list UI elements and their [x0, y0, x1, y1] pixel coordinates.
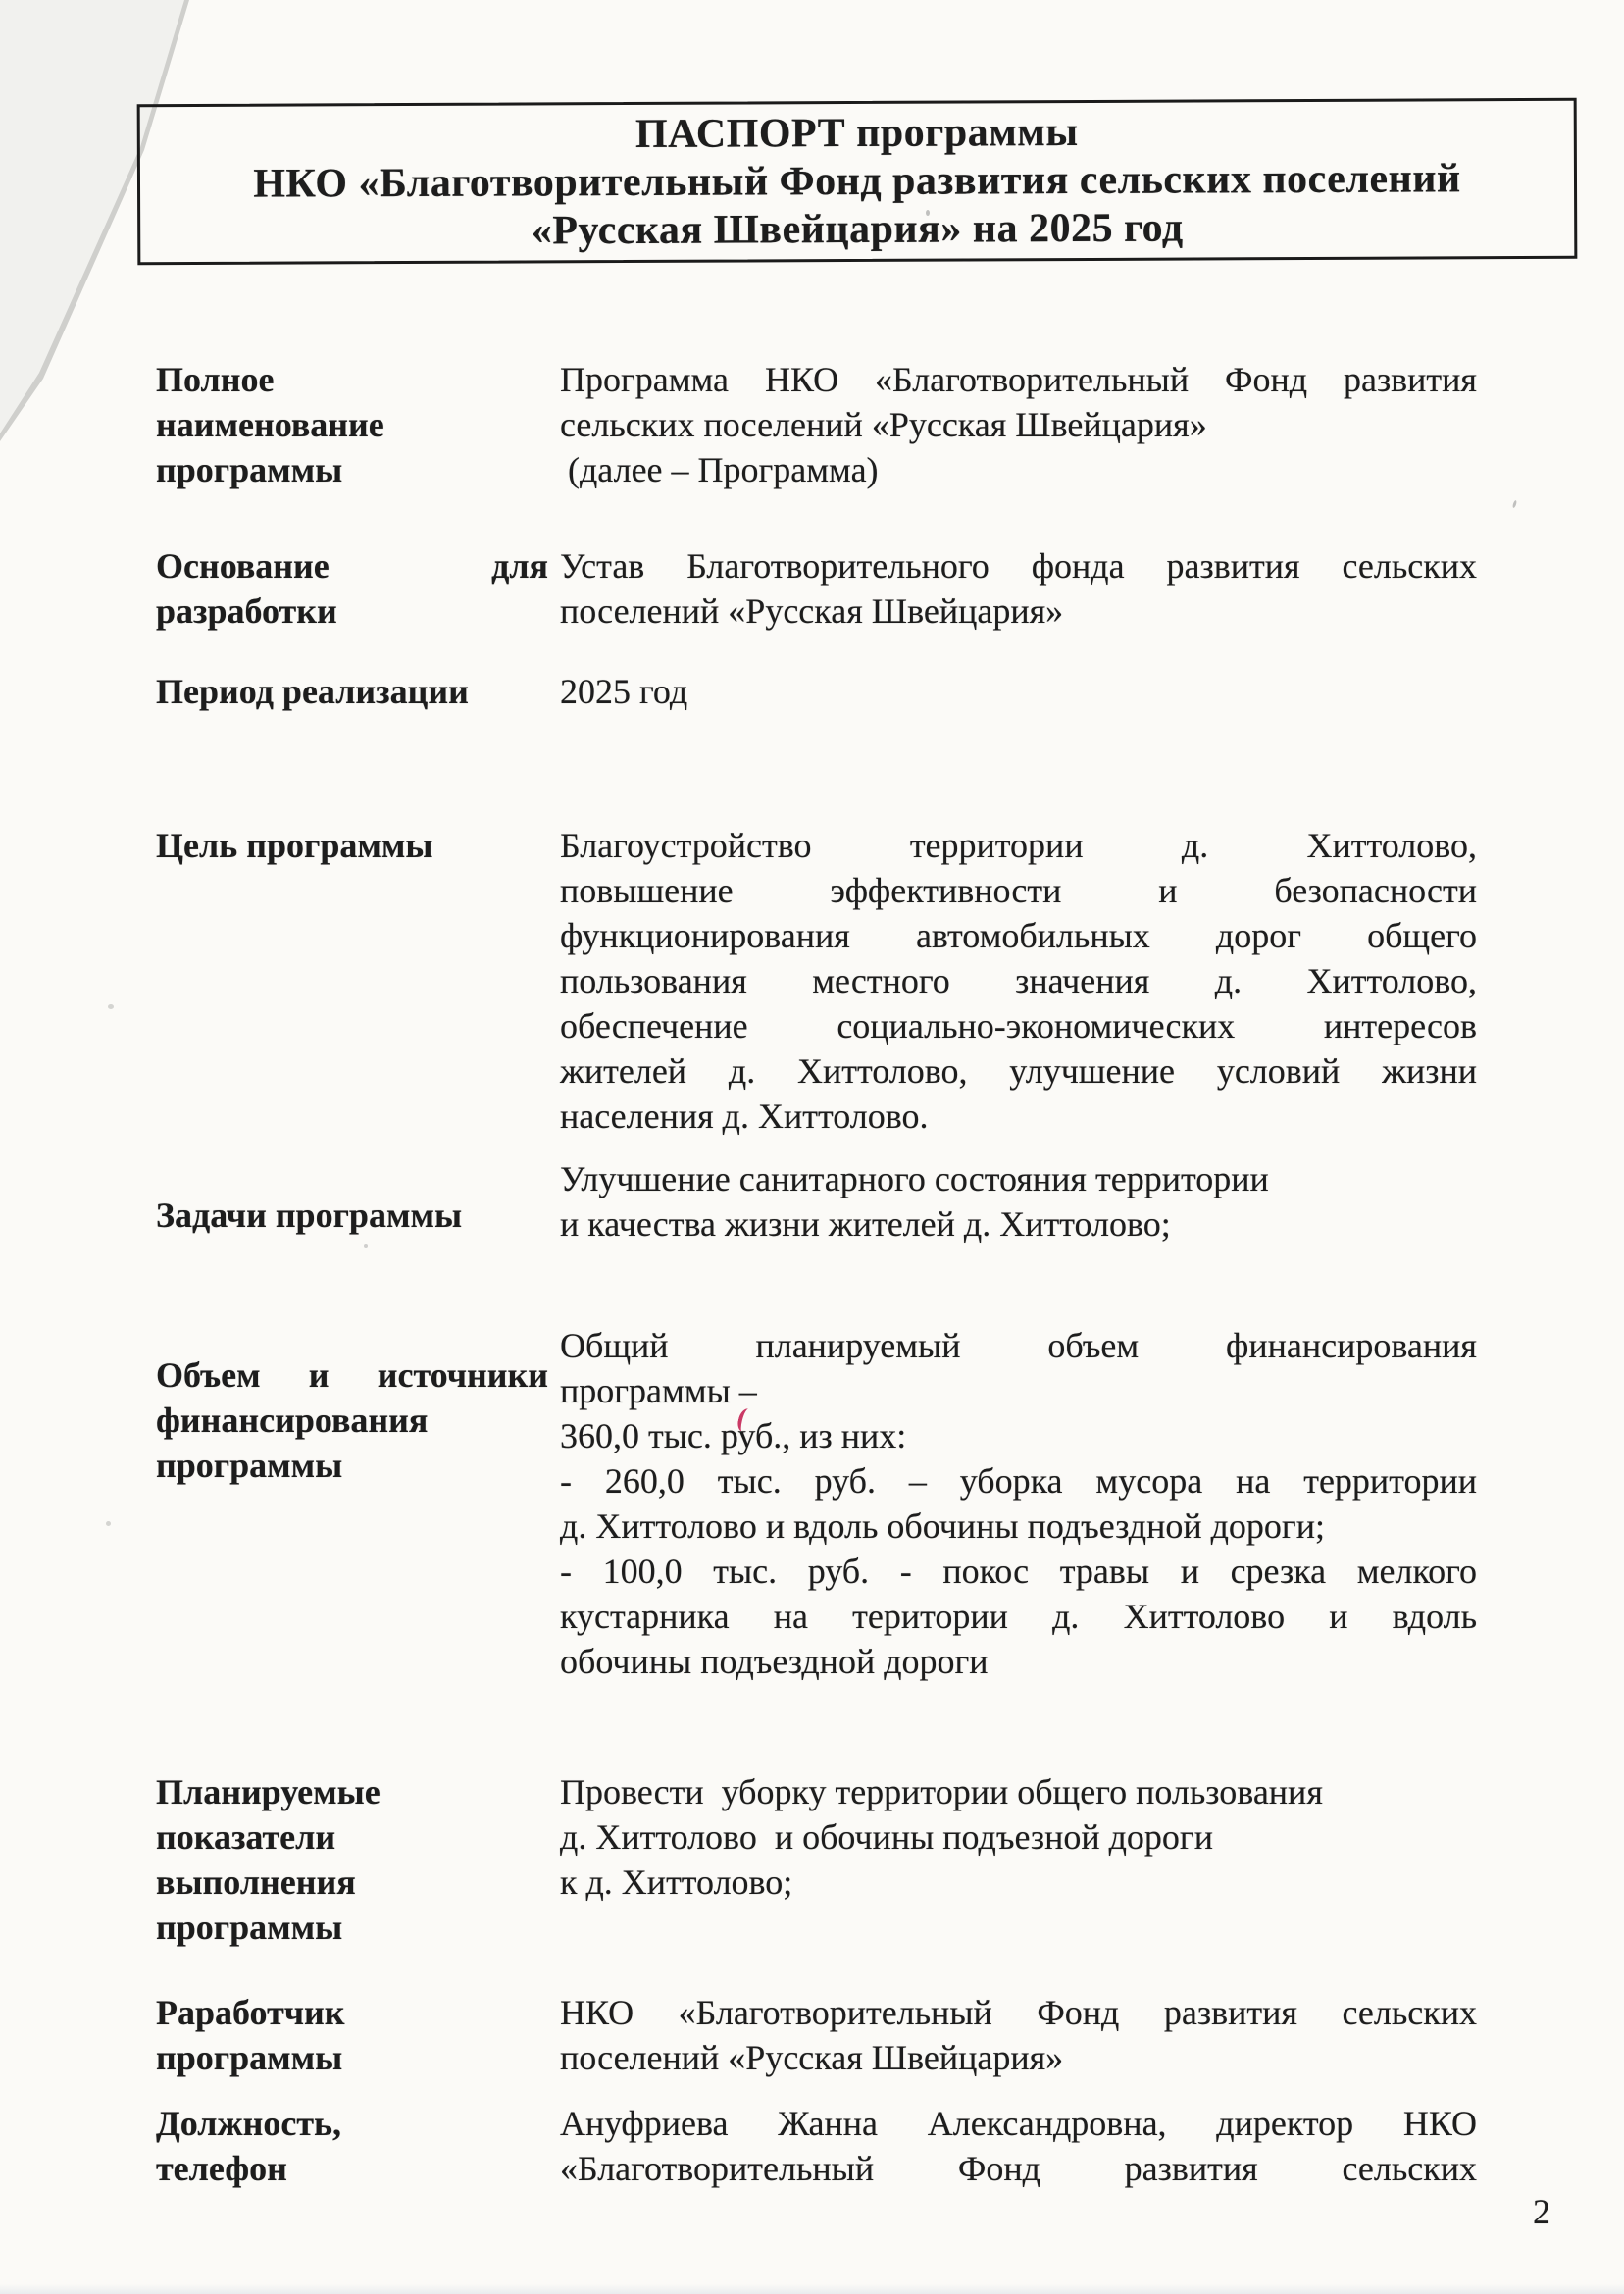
row-label: Период реализации — [156, 669, 548, 714]
row-label: Цель программы — [156, 823, 548, 868]
table-row: Основание для разработки Устав Благотвор… — [156, 543, 1477, 634]
row-value: НКО «Благотворительный Фонд развития сел… — [560, 1990, 1477, 2080]
row-value: 2025 год — [560, 669, 1477, 714]
table-row: Период реализации 2025 год — [156, 669, 1477, 714]
row-value: Улучшение санитарного состояния территор… — [560, 1156, 1477, 1247]
title-line-1: ПАСПОРТ программы — [140, 106, 1574, 160]
scan-speck — [1512, 500, 1517, 509]
title-box: ПАСПОРТ программы НКО «Благотворительный… — [137, 98, 1578, 265]
row-label: Задачи программы — [156, 1156, 548, 1238]
row-label: Планируемые показатели выполнения програ… — [156, 1769, 548, 1950]
passport-table: Полное наименование программы Программа … — [156, 357, 1477, 2191]
scan-speck — [926, 210, 930, 216]
row-label: Полное наименование программы — [156, 357, 548, 492]
table-row: Объем и источники финансирования програм… — [156, 1323, 1477, 1684]
title-line-2: НКО «Благотворительный Фонд развития сел… — [140, 154, 1574, 208]
scan-speck — [364, 1244, 368, 1248]
row-value: Общий планируемый объем финансирования п… — [560, 1323, 1477, 1684]
table-row: Цель программы Благоустройство территори… — [156, 823, 1477, 1139]
table-row: Раработчик программы НКО «Благотворитель… — [156, 1990, 1477, 2080]
table-row: Задачи программы Улучшение санитарного с… — [156, 1156, 1477, 1247]
row-label: Раработчик программы — [156, 1990, 548, 2080]
row-value: Программа НКО «Благотворительный Фонд ра… — [560, 357, 1477, 492]
scan-speck — [108, 1004, 114, 1009]
table-row: Планируемые показатели выполнения програ… — [156, 1769, 1477, 1950]
table-row: Полное наименование программы Программа … — [156, 357, 1477, 492]
title-line-3: «Русская Швейцария» на 2025 год — [140, 202, 1574, 256]
table-row: Должность, телефон Ануфриева Жанна Алекс… — [156, 2101, 1477, 2191]
row-value: Устав Благотворительного фонда развития … — [560, 543, 1477, 634]
row-label: Основание для разработки — [156, 543, 548, 634]
row-value: Ануфриева Жанна Александровна, директор … — [560, 2101, 1477, 2191]
row-label: Должность, телефон — [156, 2101, 548, 2191]
row-label: Объем и источники финансирования програм… — [156, 1323, 548, 1488]
scan-speck — [106, 1521, 111, 1526]
scanner-bottom-edge — [0, 2284, 1624, 2294]
page-number: 2 — [1533, 2189, 1550, 2234]
scanned-document-page: ПАСПОРТ программы НКО «Благотворительный… — [0, 0, 1624, 2294]
row-value: Благоустройство территории д. Хиттолово,… — [560, 823, 1477, 1139]
row-value: Провести уборку территории общего пользо… — [560, 1769, 1477, 1905]
